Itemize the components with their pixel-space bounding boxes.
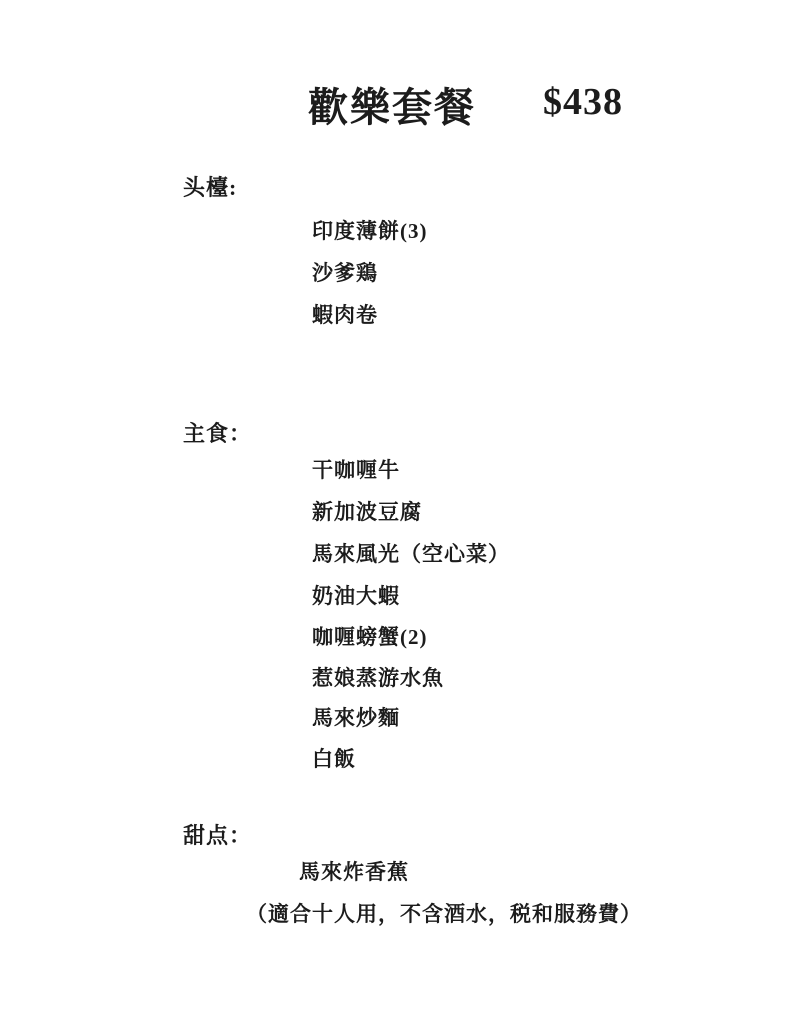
menu-item: 奶油大蝦	[312, 580, 400, 610]
section-header-appetizers: 头檯:	[183, 171, 237, 202]
menu-item: 馬來炒麵	[312, 702, 400, 732]
menu-item: 新加波豆腐	[312, 496, 422, 526]
menu-item: 白飯	[312, 743, 356, 773]
menu-item: 干咖喱牛	[312, 454, 400, 484]
section-header-dessert: 甜点：	[183, 819, 252, 850]
menu-item: 咖喱螃蟹(2)	[312, 621, 428, 651]
section-header-mains: 主食：	[183, 417, 252, 448]
menu-item: 惹娘蒸游水魚	[312, 662, 444, 692]
menu-item: 沙爹鶏	[312, 257, 378, 287]
menu-page: 歡樂套餐 $438 头檯: 印度薄餅(3) 沙爹鶏 蝦肉卷 主食： 干咖喱牛 新…	[0, 0, 791, 1024]
menu-price: $438	[543, 80, 623, 124]
menu-item: 蝦肉卷	[312, 299, 378, 329]
menu-title: 歡樂套餐	[308, 76, 476, 133]
menu-note: （適合十人用，不含酒水，税和服務費）	[246, 898, 642, 928]
menu-item: 馬來炸香蕉	[299, 856, 409, 886]
menu-item: 印度薄餅(3)	[312, 215, 428, 245]
menu-item: 馬來風光（空心菜）	[312, 538, 510, 568]
